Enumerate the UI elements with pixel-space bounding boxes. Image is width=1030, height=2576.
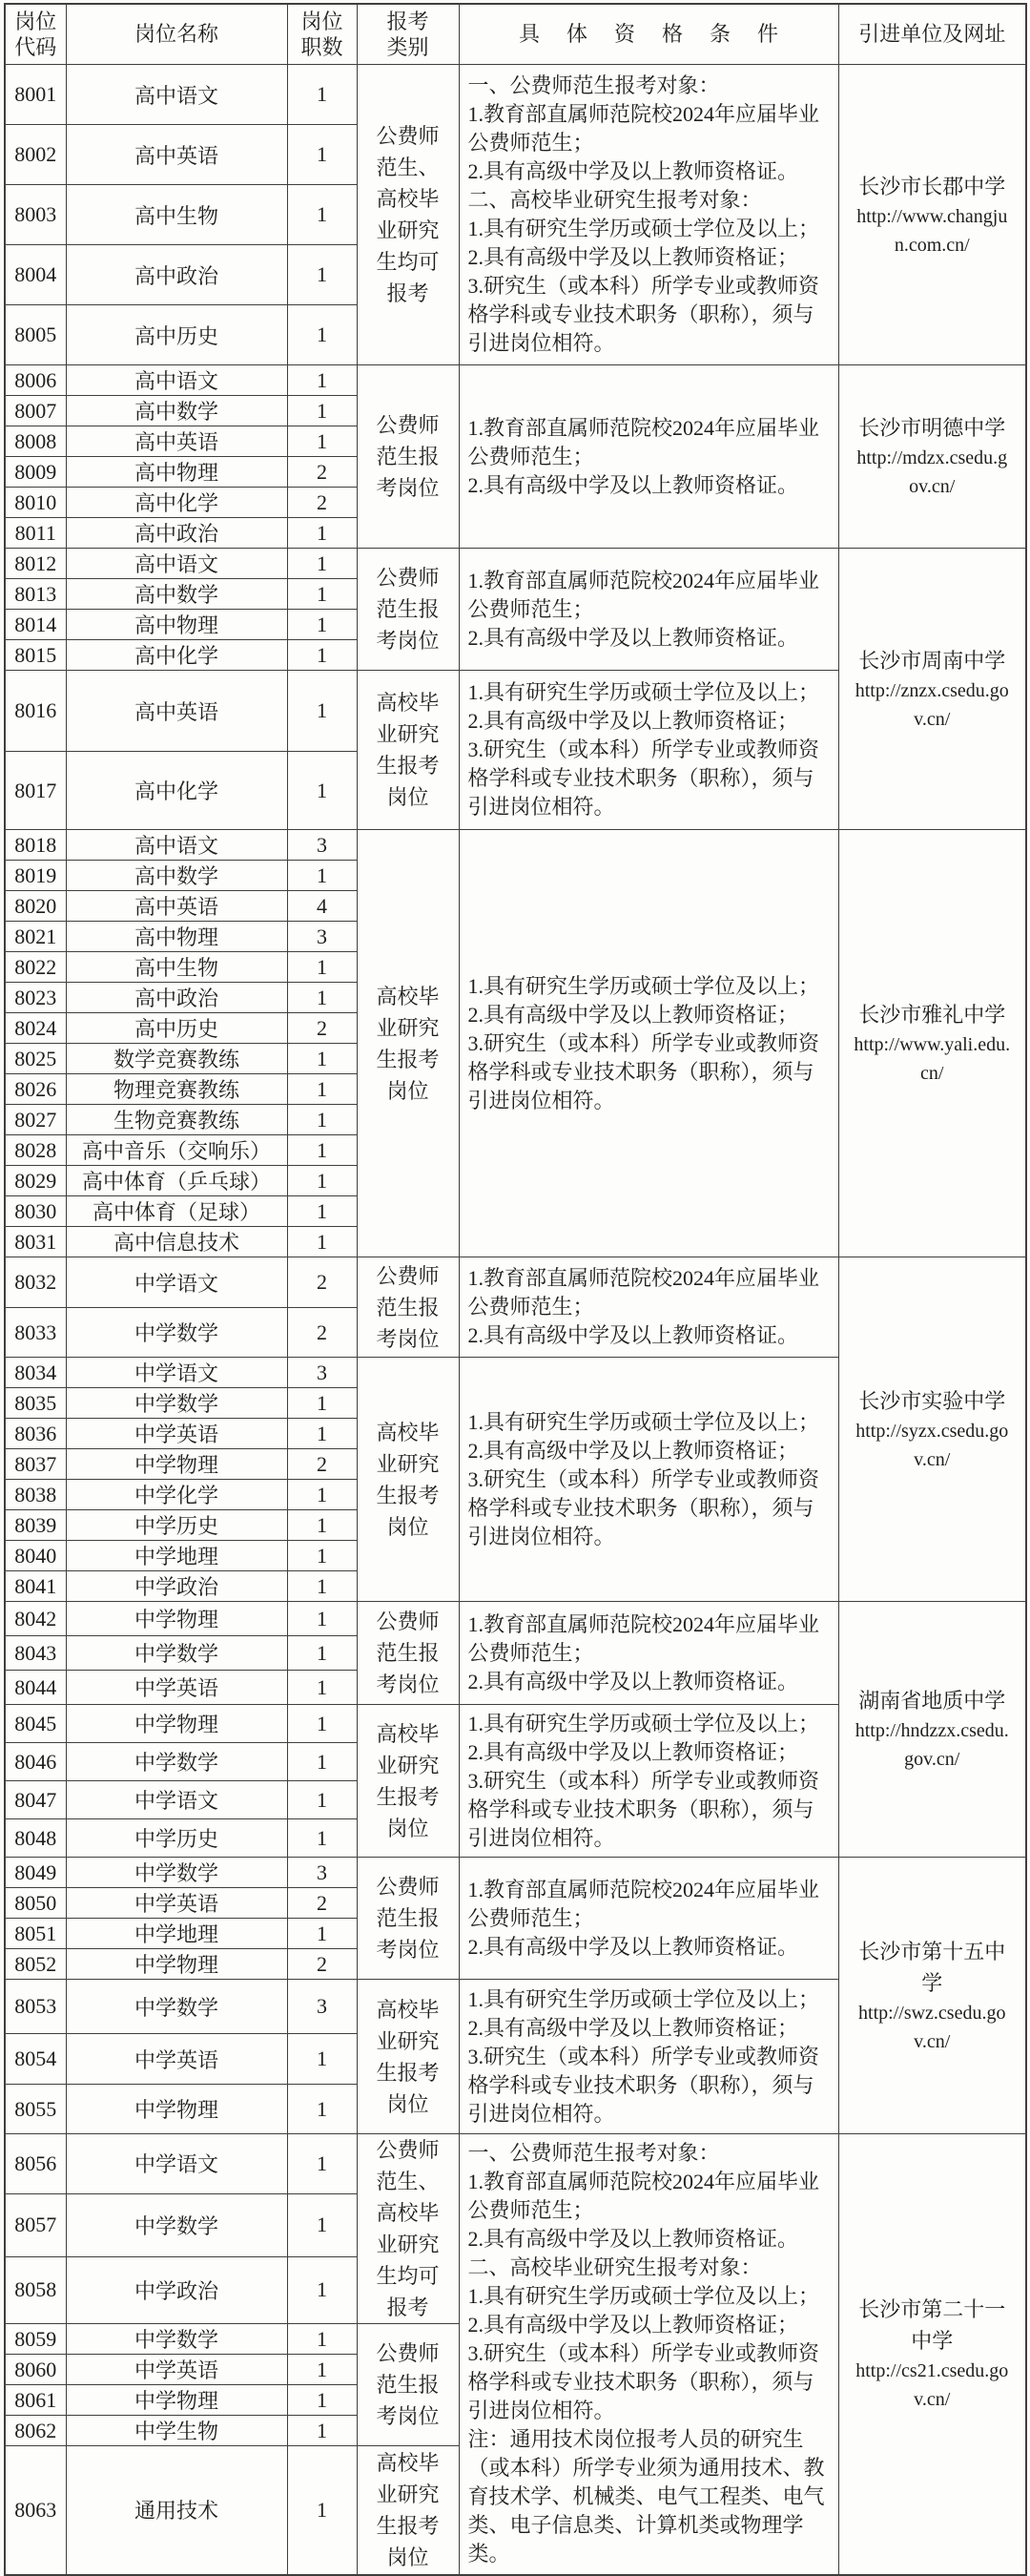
position-count-cell: 1	[287, 2416, 357, 2446]
position-count-cell: 1	[287, 245, 357, 305]
position-count-cell: 1	[287, 1074, 357, 1105]
position-name-cell: 中学英语	[66, 1419, 287, 1449]
position-name-cell: 中学英语	[66, 1888, 287, 1919]
position-code-cell: 8019	[5, 861, 66, 891]
position-code-cell: 8018	[5, 830, 66, 861]
position-name-cell: 中学语文	[66, 2134, 287, 2194]
position-count-cell: 1	[287, 549, 357, 579]
position-name-cell: 高中语文	[66, 65, 287, 125]
unit-name: 长沙市第二十一中学	[853, 2294, 1013, 2357]
position-count-cell: 1	[287, 1919, 357, 1949]
position-name-cell: 中学英语	[66, 2355, 287, 2385]
unit-url: http://hndzzx.csedu.gov.cn/	[853, 1716, 1013, 1774]
position-count-cell: 1	[287, 1510, 357, 1541]
position-name-cell: 中学语文	[66, 1257, 287, 1308]
header-row: 岗位 代码 岗位名称 岗位 职数 报考 类别 具体资格条件 引进单位及网址	[5, 4, 1026, 65]
col-header-unit: 引进单位及网址	[838, 4, 1026, 65]
unit-url: http://syzx.csedu.gov.cn/	[853, 1417, 1013, 1474]
position-code-cell: 8049	[5, 1858, 66, 1888]
position-count-cell: 1	[287, 65, 357, 125]
position-code-cell: 8043	[5, 1636, 66, 1671]
position-count-cell: 2	[287, 1949, 357, 1980]
table-row-8006: 8006高中语文1公费师范生报考岗位1.教育部直属师范院校2024年应届毕业公费…	[5, 365, 1026, 396]
col-header-name: 岗位名称	[66, 4, 287, 65]
position-count-cell: 1	[287, 305, 357, 365]
category-cell: 高校毕业研究生报考岗位	[357, 830, 459, 1257]
position-name-cell: 高中政治	[66, 245, 287, 305]
position-count-cell: 2	[287, 488, 357, 518]
position-count-cell: 1	[287, 1636, 357, 1671]
unit-name: 长沙市明德中学	[853, 412, 1013, 444]
position-count-cell: 1	[287, 365, 357, 396]
position-code-cell: 8017	[5, 752, 66, 830]
position-name-cell: 高中物理	[66, 922, 287, 952]
position-count-cell: 1	[287, 1227, 357, 1257]
category-cell: 公费师范生、高校毕业研究生均可报考	[357, 65, 459, 365]
unit-cell: 湖南省地质中学http://hndzzx.csedu.gov.cn/	[838, 1602, 1026, 1858]
position-code-cell: 8028	[5, 1135, 66, 1166]
position-name-cell: 高中英语	[66, 671, 287, 752]
position-count-cell: 1	[287, 671, 357, 752]
position-name-cell: 中学数学	[66, 2324, 287, 2355]
position-count-cell: 3	[287, 830, 357, 861]
category-cell: 公费师范生报考岗位	[357, 549, 459, 671]
position-code-cell: 8009	[5, 457, 66, 488]
position-code-cell: 8047	[5, 1781, 66, 1819]
table-header: 岗位 代码 岗位名称 岗位 职数 报考 类别 具体资格条件 引进单位及网址	[5, 4, 1026, 65]
table-row-8056: 8056中学语文1公费师范生、高校毕业研究生均可报考一、公费师范生报考对象： 1…	[5, 2134, 1026, 2194]
position-code-cell: 8046	[5, 1743, 66, 1781]
position-code-cell: 8056	[5, 2134, 66, 2194]
position-code-cell: 8038	[5, 1480, 66, 1510]
position-code-cell: 8062	[5, 2416, 66, 2446]
table-row-8032: 8032中学语文2公费师范生报考岗位1.教育部直属师范院校2024年应届毕业公费…	[5, 1257, 1026, 1308]
position-count-cell: 1	[287, 396, 357, 426]
position-count-cell: 2	[287, 1308, 357, 1358]
position-count-cell: 4	[287, 891, 357, 922]
position-count-cell: 1	[287, 2193, 357, 2256]
position-count-cell: 2	[287, 1257, 357, 1308]
position-count-cell: 1	[287, 861, 357, 891]
category-cell: 公费师范生报考岗位	[357, 1858, 459, 1980]
position-code-cell: 8034	[5, 1358, 66, 1388]
position-count-cell: 1	[287, 2085, 357, 2134]
unit-name: 长沙市雅礼中学	[853, 999, 1013, 1030]
conditions-cell: 1.具有研究生学历或硕士学位及以上； 2.具有高级中学及以上教师资格证； 3.研…	[459, 830, 838, 1257]
position-code-cell: 8035	[5, 1388, 66, 1419]
position-name-cell: 高中英语	[66, 125, 287, 185]
position-count-cell: 3	[287, 922, 357, 952]
unit-url: http://www.changjun.com.cn/	[853, 202, 1013, 260]
col-header-category: 报考 类别	[357, 4, 459, 65]
position-code-cell: 8045	[5, 1705, 66, 1743]
position-name-cell: 中学数学	[66, 1980, 287, 2034]
position-code-cell: 8033	[5, 1308, 66, 1358]
position-name-cell: 中学语文	[66, 1358, 287, 1388]
category-cell: 公费师范生报考岗位	[357, 2324, 459, 2446]
position-name-cell: 高中物理	[66, 610, 287, 640]
position-code-cell: 8020	[5, 891, 66, 922]
unit-cell: 长沙市明德中学http://mdzx.csedu.gov.cn/	[838, 365, 1026, 549]
position-name-cell: 中学数学	[66, 1308, 287, 1358]
position-count-cell: 1	[287, 579, 357, 610]
table-body: 8001高中语文1公费师范生、高校毕业研究生均可报考一、公费师范生报考对象： 1…	[5, 65, 1026, 2575]
position-code-cell: 8060	[5, 2355, 66, 2385]
position-count-cell: 1	[287, 1419, 357, 1449]
position-count-cell: 1	[287, 2256, 357, 2323]
position-count-cell: 1	[287, 2324, 357, 2355]
unit-name: 长沙市实验中学	[853, 1385, 1013, 1417]
position-count-cell: 1	[287, 1196, 357, 1227]
position-code-cell: 8016	[5, 671, 66, 752]
position-name-cell: 高中体育（足球）	[66, 1196, 287, 1227]
unit-url: http://mdzx.csedu.gov.cn/	[853, 444, 1013, 501]
position-count-cell: 1	[287, 640, 357, 671]
position-name-cell: 高中数学	[66, 396, 287, 426]
category-cell: 公费师范生报考岗位	[357, 1257, 459, 1358]
unit-cell: 长沙市第二十一中学http://cs21.csedu.gov.cn/	[838, 2134, 1026, 2575]
conditions-cell: 1.具有研究生学历或硕士学位及以上； 2.具有高级中学及以上教师资格证； 3.研…	[459, 1358, 838, 1602]
table-row-8001: 8001高中语文1公费师范生、高校毕业研究生均可报考一、公费师范生报考对象： 1…	[5, 65, 1026, 125]
position-name-cell: 高中音乐（交响乐）	[66, 1135, 287, 1166]
conditions-cell: 1.教育部直属师范院校2024年应届毕业公费师范生； 2.具有高级中学及以上教师…	[459, 1602, 838, 1705]
position-name-cell: 数学竞赛教练	[66, 1044, 287, 1074]
unit-url: http://www.yali.edu.cn/	[853, 1030, 1013, 1088]
position-name-cell: 中学物理	[66, 2085, 287, 2134]
position-code-cell: 8058	[5, 2256, 66, 2323]
unit-name: 长沙市第十五中学	[853, 1936, 1013, 1999]
unit-cell: 长沙市实验中学http://syzx.csedu.gov.cn/	[838, 1257, 1026, 1602]
position-name-cell: 高中物理	[66, 457, 287, 488]
position-code-cell: 8042	[5, 1602, 66, 1636]
position-code-cell: 8025	[5, 1044, 66, 1074]
position-name-cell: 高中历史	[66, 305, 287, 365]
position-code-cell: 8059	[5, 2324, 66, 2355]
position-code-cell: 8041	[5, 1571, 66, 1602]
position-count-cell: 1	[287, 1480, 357, 1510]
unit-url: http://znzx.csedu.gov.cn/	[853, 676, 1013, 734]
position-count-cell: 1	[287, 1135, 357, 1166]
col-header-code: 岗位 代码	[5, 4, 66, 65]
position-code-cell: 8013	[5, 579, 66, 610]
position-name-cell: 中学数学	[66, 1636, 287, 1671]
position-name-cell: 中学语文	[66, 1781, 287, 1819]
position-name-cell: 通用技术	[66, 2446, 287, 2575]
position-count-cell: 2	[287, 1013, 357, 1044]
position-count-cell: 1	[287, 1166, 357, 1196]
position-code-cell: 8048	[5, 1819, 66, 1858]
position-count-cell: 3	[287, 1858, 357, 1888]
position-code-cell: 8004	[5, 245, 66, 305]
conditions-cell: 一、公费师范生报考对象： 1.教育部直属师范院校2024年应届毕业公费师范生； …	[459, 2134, 838, 2575]
position-code-cell: 8040	[5, 1541, 66, 1571]
position-code-cell: 8014	[5, 610, 66, 640]
position-name-cell: 高中英语	[66, 891, 287, 922]
position-name-cell: 高中政治	[66, 983, 287, 1013]
position-count-cell: 1	[287, 1781, 357, 1819]
position-code-cell: 8023	[5, 983, 66, 1013]
position-code-cell: 8002	[5, 125, 66, 185]
position-count-cell: 1	[287, 1541, 357, 1571]
position-code-cell: 8011	[5, 518, 66, 549]
conditions-cell: 1.教育部直属师范院校2024年应届毕业公费师范生； 2.具有高级中学及以上教师…	[459, 549, 838, 671]
position-code-cell: 8055	[5, 2085, 66, 2134]
position-name-cell: 高中生物	[66, 952, 287, 983]
position-count-cell: 1	[287, 952, 357, 983]
position-name-cell: 高中政治	[66, 518, 287, 549]
table-row-8018: 8018高中语文3高校毕业研究生报考岗位1.具有研究生学历或硕士学位及以上； 2…	[5, 830, 1026, 861]
position-code-cell: 8024	[5, 1013, 66, 1044]
position-name-cell: 中学数学	[66, 1858, 287, 1888]
position-name-cell: 高中化学	[66, 488, 287, 518]
category-cell: 高校毕业研究生报考岗位	[357, 1358, 459, 1602]
position-name-cell: 中学数学	[66, 1388, 287, 1419]
col-header-count: 岗位 职数	[287, 4, 357, 65]
position-count-cell: 3	[287, 1358, 357, 1388]
unit-cell: 长沙市第十五中学http://swz.csedu.gov.cn/	[838, 1858, 1026, 2134]
position-count-cell: 1	[287, 1671, 357, 1705]
position-name-cell: 中学地理	[66, 1541, 287, 1571]
position-code-cell: 8050	[5, 1888, 66, 1919]
conditions-cell: 1.具有研究生学历或硕士学位及以上； 2.具有高级中学及以上教师资格证； 3.研…	[459, 1705, 838, 1858]
position-name-cell: 中学英语	[66, 2034, 287, 2085]
positions-table: 岗位 代码 岗位名称 岗位 职数 报考 类别 具体资格条件 引进单位及网址 80…	[4, 3, 1027, 2576]
category-cell: 公费师范生报考岗位	[357, 1602, 459, 1705]
position-name-cell: 中学地理	[66, 1919, 287, 1949]
position-name-cell: 中学物理	[66, 2385, 287, 2416]
position-name-cell: 高中生物	[66, 185, 287, 245]
position-count-cell: 2	[287, 1888, 357, 1919]
position-name-cell: 高中数学	[66, 579, 287, 610]
position-code-cell: 8031	[5, 1227, 66, 1257]
position-count-cell: 2	[287, 457, 357, 488]
position-code-cell: 8007	[5, 396, 66, 426]
position-name-cell: 高中历史	[66, 1013, 287, 1044]
position-count-cell: 1	[287, 2034, 357, 2085]
conditions-cell: 一、公费师范生报考对象： 1.教育部直属师范院校2024年应届毕业公费师范生； …	[459, 65, 838, 365]
position-code-cell: 8032	[5, 1257, 66, 1308]
position-code-cell: 8061	[5, 2385, 66, 2416]
position-count-cell: 1	[287, 1105, 357, 1135]
position-count-cell: 1	[287, 1571, 357, 1602]
position-name-cell: 中学物理	[66, 1949, 287, 1980]
unit-name: 长沙市长郡中学	[853, 171, 1013, 202]
position-code-cell: 8051	[5, 1919, 66, 1949]
position-count-cell: 3	[287, 1980, 357, 2034]
category-cell: 高校毕业研究生报考岗位	[357, 1705, 459, 1858]
position-code-cell: 8027	[5, 1105, 66, 1135]
position-name-cell: 中学历史	[66, 1510, 287, 1541]
position-code-cell: 8057	[5, 2193, 66, 2256]
category-cell: 高校毕业研究生报考岗位	[357, 671, 459, 830]
position-count-cell: 1	[287, 2355, 357, 2385]
table-row-8012: 8012高中语文1公费师范生报考岗位1.教育部直属师范院校2024年应届毕业公费…	[5, 549, 1026, 579]
conditions-cell: 1.教育部直属师范院校2024年应届毕业公费师范生； 2.具有高级中学及以上教师…	[459, 1858, 838, 1980]
table-row-8042: 8042中学物理1公费师范生报考岗位1.教育部直属师范院校2024年应届毕业公费…	[5, 1602, 1026, 1636]
position-name-cell: 高中信息技术	[66, 1227, 287, 1257]
position-name-cell: 高中体育（乒乓球）	[66, 1166, 287, 1196]
position-count-cell: 2	[287, 1449, 357, 1480]
position-count-cell: 1	[287, 2446, 357, 2575]
position-count-cell: 1	[287, 185, 357, 245]
position-count-cell: 1	[287, 1044, 357, 1074]
table-row-8049: 8049中学数学3公费师范生报考岗位1.教育部直属师范院校2024年应届毕业公费…	[5, 1858, 1026, 1888]
position-code-cell: 8036	[5, 1419, 66, 1449]
position-count-cell: 1	[287, 983, 357, 1013]
position-name-cell: 生物竞赛教练	[66, 1105, 287, 1135]
position-code-cell: 8039	[5, 1510, 66, 1541]
position-name-cell: 中学生物	[66, 2416, 287, 2446]
category-cell: 公费师范生、高校毕业研究生均可报考	[357, 2134, 459, 2324]
position-code-cell: 8052	[5, 1949, 66, 1980]
unit-name: 湖南省地质中学	[853, 1685, 1013, 1716]
position-name-cell: 高中语文	[66, 549, 287, 579]
category-cell: 高校毕业研究生报考岗位	[357, 2446, 459, 2575]
conditions-cell: 1.具有研究生学历或硕士学位及以上； 2.具有高级中学及以上教师资格证； 3.研…	[459, 671, 838, 830]
position-name-cell: 中学化学	[66, 1480, 287, 1510]
position-name-cell: 中学物理	[66, 1449, 287, 1480]
position-code-cell: 8044	[5, 1671, 66, 1705]
position-code-cell: 8015	[5, 640, 66, 671]
position-code-cell: 8003	[5, 185, 66, 245]
position-name-cell: 中学政治	[66, 1571, 287, 1602]
category-cell: 高校毕业研究生报考岗位	[357, 1980, 459, 2134]
position-code-cell: 8010	[5, 488, 66, 518]
position-code-cell: 8021	[5, 922, 66, 952]
col-header-conditions: 具体资格条件	[459, 4, 838, 65]
conditions-cell: 1.教育部直属师范院校2024年应届毕业公费师范生； 2.具有高级中学及以上教师…	[459, 365, 838, 549]
position-count-cell: 1	[287, 1705, 357, 1743]
position-name-cell: 中学历史	[66, 1819, 287, 1858]
position-name-cell: 中学物理	[66, 1705, 287, 1743]
position-name-cell: 中学数学	[66, 2193, 287, 2256]
position-name-cell: 高中化学	[66, 752, 287, 830]
position-count-cell: 1	[287, 752, 357, 830]
position-code-cell: 8063	[5, 2446, 66, 2575]
category-cell: 公费师范生报考岗位	[357, 365, 459, 549]
position-name-cell: 中学政治	[66, 2256, 287, 2323]
position-code-cell: 8022	[5, 952, 66, 983]
position-name-cell: 中学物理	[66, 1602, 287, 1636]
position-name-cell: 高中数学	[66, 861, 287, 891]
position-count-cell: 1	[287, 1602, 357, 1636]
position-code-cell: 8008	[5, 426, 66, 457]
position-code-cell: 8030	[5, 1196, 66, 1227]
position-code-cell: 8054	[5, 2034, 66, 2085]
position-count-cell: 1	[287, 610, 357, 640]
position-code-cell: 8053	[5, 1980, 66, 2034]
position-count-cell: 1	[287, 518, 357, 549]
position-count-cell: 1	[287, 125, 357, 185]
position-code-cell: 8037	[5, 1449, 66, 1480]
position-name-cell: 物理竞赛教练	[66, 1074, 287, 1105]
position-code-cell: 8001	[5, 65, 66, 125]
unit-url: http://swz.csedu.gov.cn/	[853, 1999, 1013, 2056]
position-count-cell: 1	[287, 1388, 357, 1419]
unit-url: http://cs21.csedu.gov.cn/	[853, 2357, 1013, 2414]
position-count-cell: 1	[287, 2385, 357, 2416]
position-code-cell: 8012	[5, 549, 66, 579]
position-name-cell: 高中语文	[66, 830, 287, 861]
position-code-cell: 8006	[5, 365, 66, 396]
position-name-cell: 中学数学	[66, 1743, 287, 1781]
conditions-cell: 1.教育部直属师范院校2024年应届毕业公费师范生； 2.具有高级中学及以上教师…	[459, 1257, 838, 1358]
position-count-cell: 1	[287, 426, 357, 457]
unit-name: 长沙市周南中学	[853, 645, 1013, 676]
unit-cell: 长沙市雅礼中学http://www.yali.edu.cn/	[838, 830, 1026, 1257]
position-code-cell: 8005	[5, 305, 66, 365]
unit-cell: 长沙市长郡中学http://www.changjun.com.cn/	[838, 65, 1026, 365]
position-name-cell: 中学英语	[66, 1671, 287, 1705]
conditions-cell: 1.具有研究生学历或硕士学位及以上； 2.具有高级中学及以上教师资格证； 3.研…	[459, 1980, 838, 2134]
position-name-cell: 高中化学	[66, 640, 287, 671]
position-code-cell: 8029	[5, 1166, 66, 1196]
position-count-cell: 1	[287, 1819, 357, 1858]
position-count-cell: 1	[287, 1743, 357, 1781]
position-code-cell: 8026	[5, 1074, 66, 1105]
position-name-cell: 高中语文	[66, 365, 287, 396]
position-name-cell: 高中英语	[66, 426, 287, 457]
position-count-cell: 1	[287, 2134, 357, 2194]
unit-cell: 长沙市周南中学http://znzx.csedu.gov.cn/	[838, 549, 1026, 830]
